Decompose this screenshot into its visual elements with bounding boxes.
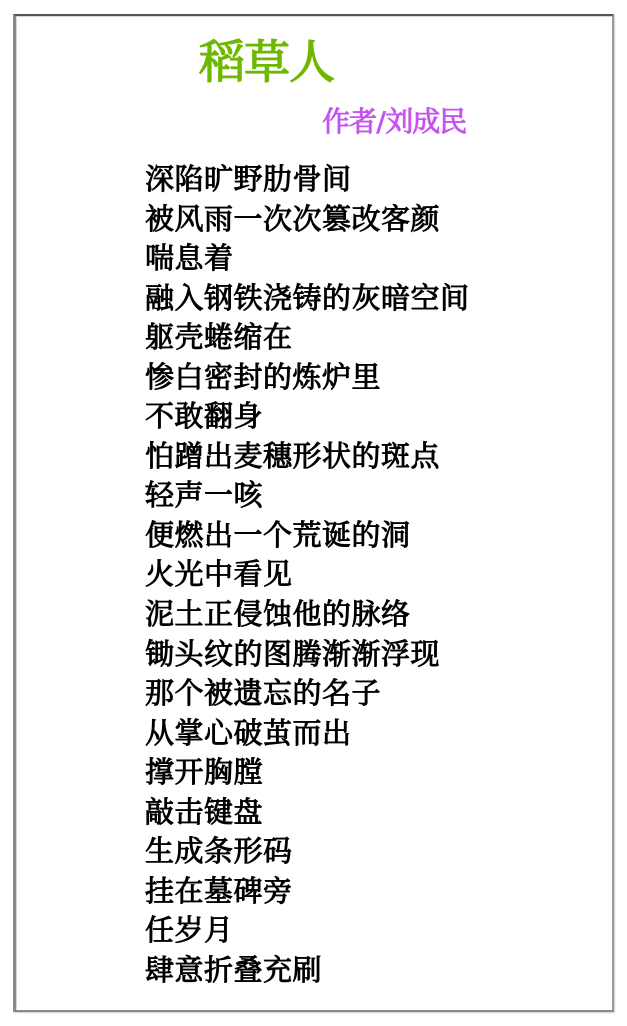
poem-line: 锄头纹的图腾渐渐浮现 <box>145 635 470 675</box>
poem-body: 深陷旷野肋骨间 被风雨一次次篡改客颜 喘息着 融入钢铁浇铸的灰暗空间 躯壳蜷缩在… <box>145 160 470 990</box>
poem-line: 便燃出一个荒诞的洞 <box>145 516 470 556</box>
poem-line: 肆意折叠充刷 <box>145 951 470 991</box>
poem-line: 深陷旷野肋骨间 <box>145 160 470 200</box>
poem-line: 轻声一咳 <box>145 476 470 516</box>
poem-line: 从掌心破茧而出 <box>145 714 470 754</box>
poem-line: 躯壳蜷缩在 <box>145 318 470 358</box>
poem-line: 喘息着 <box>145 239 470 279</box>
poem-line: 怕蹭出麦穗形状的斑点 <box>145 437 470 477</box>
poem-line: 挂在墓碑旁 <box>145 872 470 912</box>
poem-line: 惨白密封的炼炉里 <box>145 358 470 398</box>
poem-line: 那个被遗忘的名子 <box>145 674 470 714</box>
poem-card: 稻草人 作者/刘成民 深陷旷野肋骨间 被风雨一次次篡改客颜 喘息着 融入钢铁浇铸… <box>13 14 614 1012</box>
poem-line: 不敢翻身 <box>145 397 470 437</box>
poem-title: 稻草人 <box>199 34 334 90</box>
poem-line: 被风雨一次次篡改客颜 <box>145 200 470 240</box>
poem-line: 火光中看见 <box>145 555 470 595</box>
poem-line: 敲击键盘 <box>145 793 470 833</box>
poem-line: 泥土正侵蚀他的脉络 <box>145 595 470 635</box>
poem-author: 作者/刘成民 <box>322 104 466 140</box>
poem-line: 撑开胸膛 <box>145 753 470 793</box>
poem-line: 融入钢铁浇铸的灰暗空间 <box>145 279 470 319</box>
poem-line: 生成条形码 <box>145 832 470 872</box>
poem-line: 任岁月 <box>145 911 470 951</box>
